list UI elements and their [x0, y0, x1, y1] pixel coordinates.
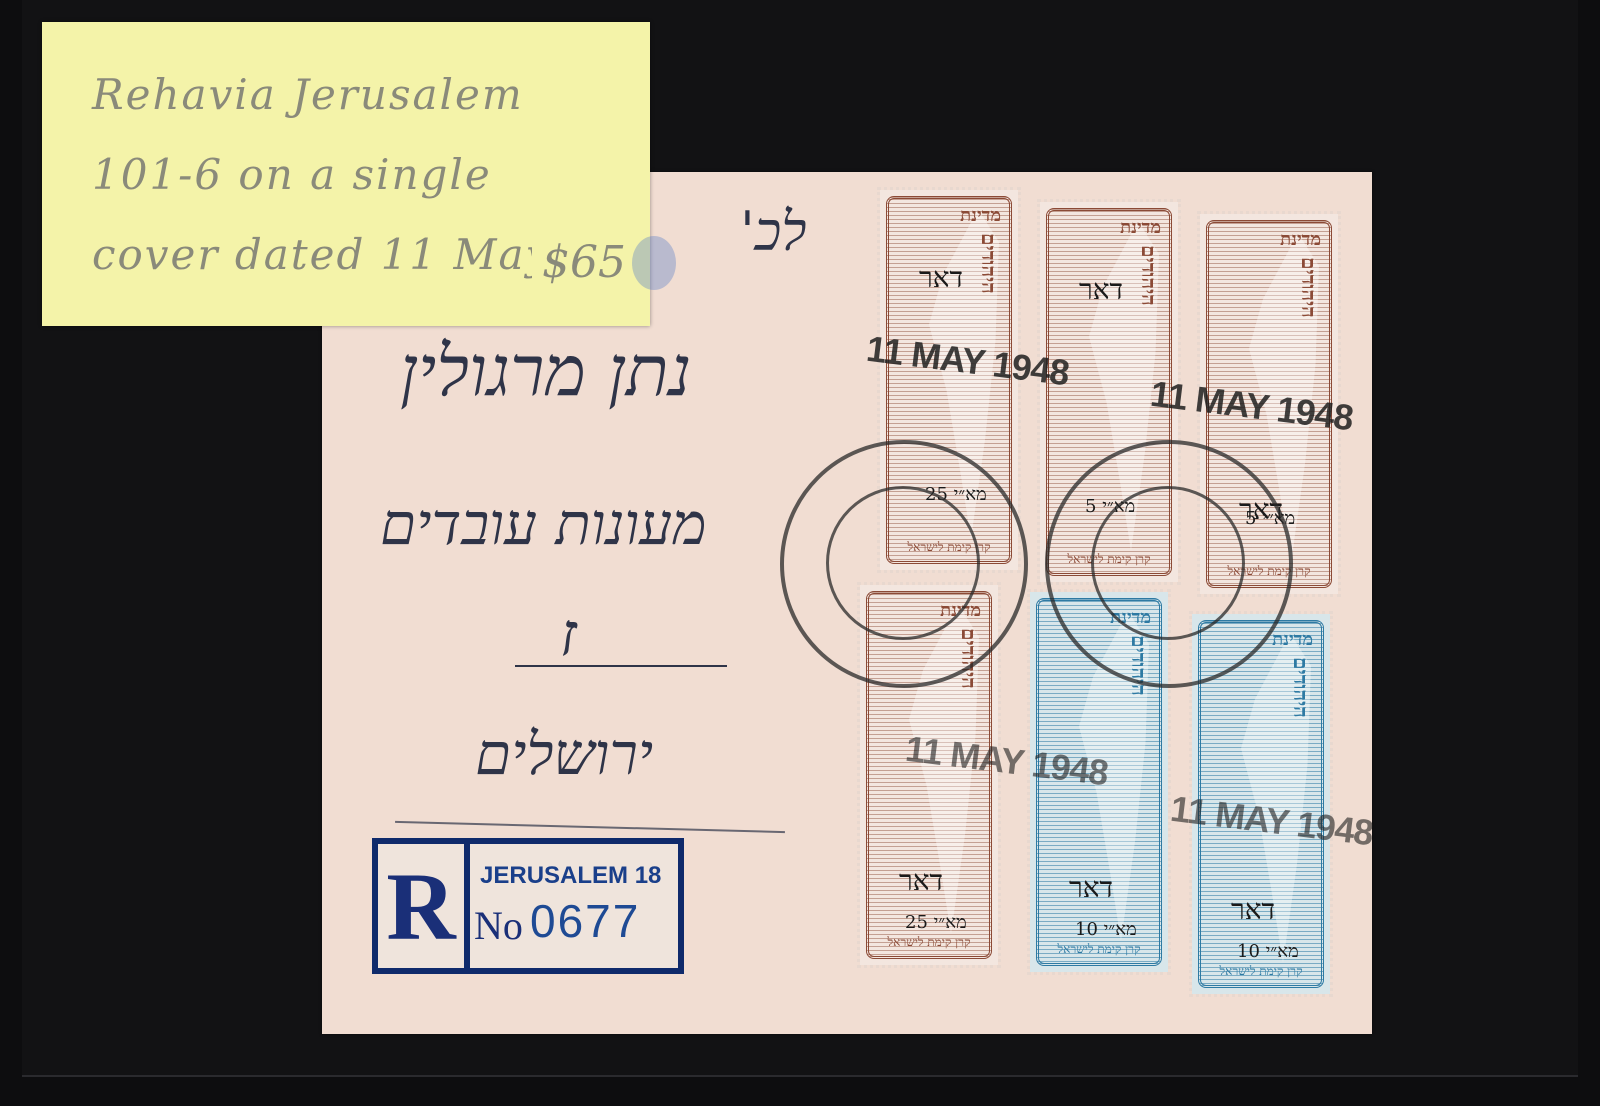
- address-city: ירושלים: [475, 720, 653, 788]
- stamp-overprint: דאר: [899, 864, 943, 898]
- note-line-2: 101-6 on a single: [92, 150, 492, 199]
- registration-number: 0677: [530, 894, 640, 948]
- stamp-footer: קרן קימת לישראל: [869, 935, 989, 950]
- registration-office: JERUSALEM 18: [480, 862, 661, 890]
- registration-no-label: No: [474, 902, 523, 949]
- stamp-header: מדינת: [960, 205, 1001, 226]
- stamp-side-text: היהודים: [1297, 257, 1321, 318]
- stamp-side-text: היהודים: [1289, 657, 1313, 718]
- stamp-header: מדינת: [1272, 629, 1313, 650]
- note-price: $65: [542, 237, 626, 288]
- postmark-inner-circle: [1091, 486, 1245, 640]
- stamp-overprint: דאר: [1069, 871, 1113, 905]
- stamp-value: 25 מא״י: [905, 912, 967, 933]
- stamp-footer: קרן קימת לישראל: [1039, 942, 1159, 957]
- note-line-1: Rehavia Jerusalem: [92, 70, 524, 119]
- stamp-header: מדינת: [1280, 229, 1321, 250]
- stamp-side-text: היהודים: [1137, 245, 1161, 306]
- stamp-footer: קרן קימת לישראל: [1201, 964, 1321, 979]
- sticky-note: Rehavia Jerusalem 101-6 on a single cove…: [42, 22, 650, 326]
- underline: [515, 665, 727, 667]
- stamp-overprint: דאר: [919, 261, 963, 295]
- stamp-value: 10 מא״י: [1075, 919, 1137, 940]
- ink-smudge: [632, 236, 676, 290]
- stamp-value: 10 מא״י: [1237, 941, 1299, 962]
- address-street: מעונות עובדים: [380, 490, 707, 558]
- registration-label: R JERUSALEM 18 No 0677: [372, 838, 684, 974]
- address-number: ז: [560, 600, 577, 670]
- stamp-overprint: דאר: [1079, 273, 1123, 307]
- address-name: נתן מרגולין: [400, 330, 691, 413]
- stamp-overprint: דאר: [1231, 893, 1275, 927]
- postmark-inner-circle: [826, 486, 980, 640]
- note-line-3: cover dated 11 May: [92, 230, 532, 279]
- stamp-side-text: היהודים: [977, 233, 1001, 294]
- address-to: לכ': [740, 200, 807, 263]
- registration-info: JERUSALEM 18 No 0677: [470, 844, 678, 968]
- registration-letter: R: [378, 844, 464, 968]
- stamp-header: מדינת: [1120, 217, 1161, 238]
